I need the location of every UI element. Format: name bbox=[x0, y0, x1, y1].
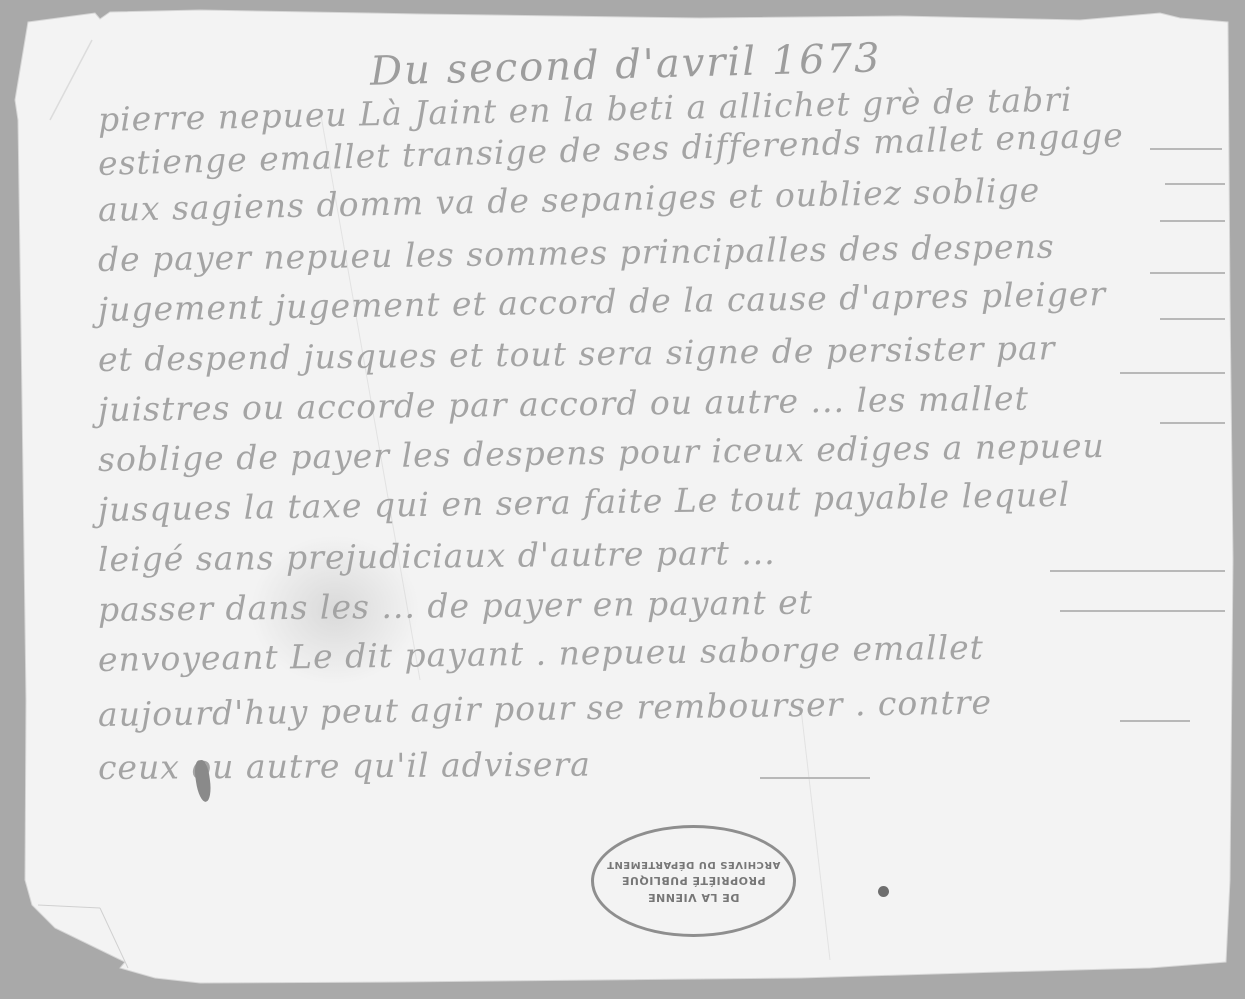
archive-stamp: DE LA VIENNE PROPRIÉTÉ PUBLIQUE ARCHIVES… bbox=[591, 825, 796, 937]
stamp-text-middle: PROPRIÉTÉ PUBLIQUE bbox=[621, 872, 765, 889]
manuscript-line-12: envoyeant Le dit payant . nepueu saborge… bbox=[98, 628, 984, 679]
line-filler-rule bbox=[1150, 148, 1222, 150]
line-filler-rule bbox=[1050, 570, 1225, 572]
line-filler-rule bbox=[1160, 220, 1225, 222]
manuscript-page: Du second d'avril 1673 pierre nepueu Là… bbox=[0, 0, 1245, 999]
manuscript-line-6: et despend jusques et tout sera signe de… bbox=[98, 328, 1056, 379]
manuscript-line-5: jugement jugement et accord de la cause … bbox=[98, 274, 1107, 329]
manuscript-line-11: passer dans les ... de payer en payant e… bbox=[98, 583, 813, 629]
manuscript-line-13: aujourd'huy peut agir pour se rembourser… bbox=[98, 683, 993, 734]
manuscript-line-9: jusques la taxe qui en sera faite Le tou… bbox=[98, 475, 1071, 529]
stamp-text-bottom: DE LA VIENNE bbox=[648, 889, 740, 906]
line-filler-rule bbox=[1160, 422, 1225, 424]
ink-dot bbox=[878, 886, 889, 897]
line-filler-rule bbox=[1120, 372, 1225, 374]
line-filler-rule bbox=[1060, 610, 1225, 612]
manuscript-line-10: leigé sans prejudiciaux d'autre part ... bbox=[98, 533, 776, 579]
line-filler-rule bbox=[1150, 272, 1225, 274]
manuscript-line-7: juistres ou accorde par accord ou autre … bbox=[98, 379, 1029, 429]
manuscript-line-8: soblige de payer les despens pour iceux … bbox=[98, 426, 1105, 479]
stamp-text-top: ARCHIVES DU DÉPARTEMENT bbox=[607, 856, 781, 872]
line-filler-rule bbox=[1160, 318, 1225, 320]
line-filler-rule bbox=[1120, 720, 1190, 722]
manuscript-line-14: ceux ou autre qu'il advisera bbox=[98, 745, 591, 787]
line-filler-rule bbox=[760, 777, 870, 779]
manuscript-line-4: de payer nepueu les sommes principalles … bbox=[98, 227, 1055, 279]
line-filler-rule bbox=[1165, 183, 1225, 185]
